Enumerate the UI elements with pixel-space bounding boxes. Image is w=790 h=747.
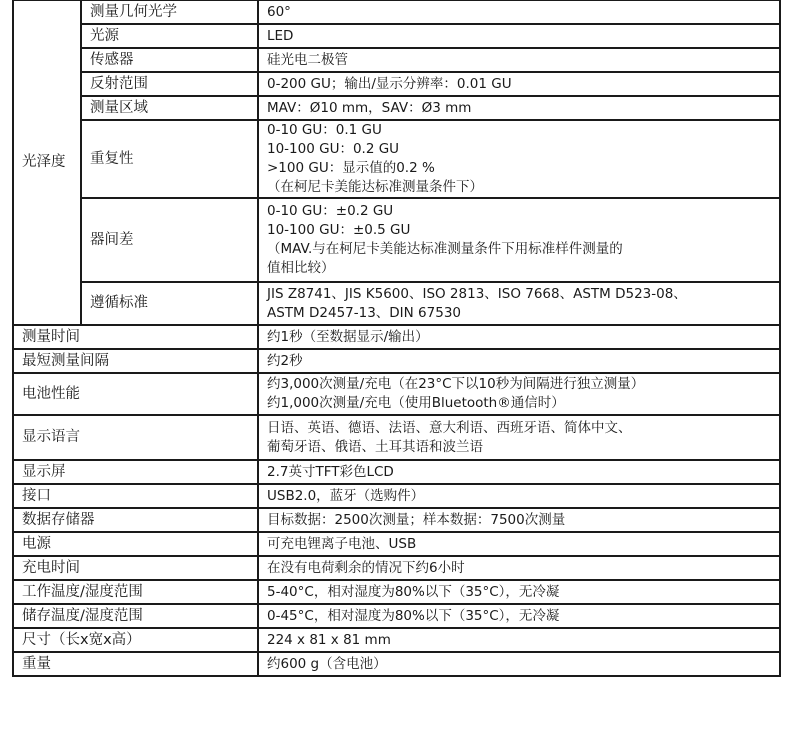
- spec-table: 光泽度测量几何光学60°光源LED传感器硅光电二极管反射范围0-200 GU；输…: [12, 0, 781, 677]
- spec-value: 224 x 81 x 81 mm: [258, 628, 780, 652]
- spec-value-line: 日语、英语、德语、法语、意大利语、西班牙语、简体中文、: [267, 419, 779, 438]
- spec-value-line: ASTM D2457-13、DIN 67530: [267, 304, 779, 323]
- spec-label: 反射范围: [81, 72, 258, 96]
- spec-value-line: 约3,000次测量/充电（在23°C下以10秒为间隔进行独立测量）: [267, 375, 779, 394]
- spec-label: 传感器: [81, 48, 258, 72]
- spec-row: 工作温度/湿度范围5-40°C，相对湿度为80%以下（35°C），无冷凝: [13, 580, 780, 604]
- spec-value-line: JIS Z8741、JIS K5600、ISO 2813、ISO 7668、AS…: [267, 285, 779, 304]
- spec-value: 0-10 GU：±0.2 GU10-100 GU：±0.5 GU（MAV.与在柯…: [258, 198, 780, 282]
- spec-value-line: 约1秒（至数据显示/输出）: [267, 328, 779, 347]
- spec-value-line: 可充电锂离子电池、USB: [267, 535, 779, 554]
- spec-value: 2.7英寸TFT彩色LCD: [258, 460, 780, 484]
- spec-label: 遵循标准: [81, 282, 258, 325]
- spec-value: 硅光电二极管: [258, 48, 780, 72]
- spec-value: 0-45°C，相对湿度为80%以下（35°C），无冷凝: [258, 604, 780, 628]
- spec-value-line: 10-100 GU：±0.5 GU: [267, 221, 779, 240]
- spec-label: 重量: [13, 652, 258, 676]
- spec-value-line: 2.7英寸TFT彩色LCD: [267, 463, 779, 482]
- spec-value-line: 约1,000次测量/充电（使用Bluetooth®通信时）: [267, 394, 779, 413]
- spec-value-line: 葡萄牙语、俄语、土耳其语和波兰语: [267, 438, 779, 457]
- spec-row: 反射范围0-200 GU；输出/显示分辨率：0.01 GU: [13, 72, 780, 96]
- spec-row: 显示屏2.7英寸TFT彩色LCD: [13, 460, 780, 484]
- spec-value: 目标数据：2500次测量；样本数据：7500次测量: [258, 508, 780, 532]
- spec-row: 测量时间约1秒（至数据显示/输出）: [13, 325, 780, 349]
- spec-row: 器间差0-10 GU：±0.2 GU10-100 GU：±0.5 GU（MAV.…: [13, 198, 780, 282]
- spec-value-line: 0-10 GU：±0.2 GU: [267, 202, 779, 221]
- spec-label: 测量几何光学: [81, 0, 258, 24]
- spec-value: 约600 g（含电池）: [258, 652, 780, 676]
- spec-row: 光泽度测量几何光学60°: [13, 0, 780, 24]
- spec-value: 60°: [258, 0, 780, 24]
- spec-label: 测量区域: [81, 96, 258, 120]
- spec-row: 显示语言日语、英语、德语、法语、意大利语、西班牙语、简体中文、葡萄牙语、俄语、土…: [13, 415, 780, 460]
- spec-value-line: 224 x 81 x 81 mm: [267, 631, 779, 650]
- spec-label: 电池性能: [13, 373, 258, 415]
- spec-label: 电源: [13, 532, 258, 556]
- spec-value-line: 0-200 GU；输出/显示分辨率：0.01 GU: [267, 75, 779, 94]
- spec-value-line: 0-10 GU：0.1 GU: [267, 121, 779, 140]
- spec-value-line: 60°: [267, 3, 779, 22]
- spec-row: 储存温度/湿度范围0-45°C，相对湿度为80%以下（35°C），无冷凝: [13, 604, 780, 628]
- spec-label: 光源: [81, 24, 258, 48]
- spec-value: 约3,000次测量/充电（在23°C下以10秒为间隔进行独立测量）约1,000次…: [258, 373, 780, 415]
- spec-value-line: USB2.0，蓝牙（选购件）: [267, 487, 779, 506]
- spec-value-line: 值相比较）: [267, 259, 779, 278]
- spec-row: 充电时间在没有电荷剩余的情况下约6小时: [13, 556, 780, 580]
- spec-value: 0-200 GU；输出/显示分辨率：0.01 GU: [258, 72, 780, 96]
- spec-value-line: 硅光电二极管: [267, 51, 779, 70]
- spec-label: 最短测量间隔: [13, 349, 258, 373]
- spec-label: 工作温度/湿度范围: [13, 580, 258, 604]
- spec-value: 5-40°C，相对湿度为80%以下（35°C），无冷凝: [258, 580, 780, 604]
- spec-value: 在没有电荷剩余的情况下约6小时: [258, 556, 780, 580]
- spec-row: 光源LED: [13, 24, 780, 48]
- spec-label: 储存温度/湿度范围: [13, 604, 258, 628]
- spec-row: 传感器硅光电二极管: [13, 48, 780, 72]
- spec-value: USB2.0，蓝牙（选购件）: [258, 484, 780, 508]
- group-label-gloss: 光泽度: [13, 0, 81, 325]
- spec-label: 数据存储器: [13, 508, 258, 532]
- spec-label: 显示语言: [13, 415, 258, 460]
- spec-row: 测量区域MAV：Ø10 mm，SAV：Ø3 mm: [13, 96, 780, 120]
- spec-label: 尺寸（长x宽x高）: [13, 628, 258, 652]
- spec-row: 尺寸（长x宽x高）224 x 81 x 81 mm: [13, 628, 780, 652]
- spec-row: 电源可充电锂离子电池、USB: [13, 532, 780, 556]
- spec-value-line: 约600 g（含电池）: [267, 655, 779, 674]
- spec-table-body: 光泽度测量几何光学60°光源LED传感器硅光电二极管反射范围0-200 GU；输…: [13, 0, 780, 676]
- spec-value-line: 10-100 GU：0.2 GU: [267, 140, 779, 159]
- spec-value: 0-10 GU：0.1 GU10-100 GU：0.2 GU>100 GU：显示…: [258, 120, 780, 198]
- spec-value: LED: [258, 24, 780, 48]
- spec-value: MAV：Ø10 mm，SAV：Ø3 mm: [258, 96, 780, 120]
- spec-row: 电池性能约3,000次测量/充电（在23°C下以10秒为间隔进行独立测量）约1,…: [13, 373, 780, 415]
- spec-value: 约2秒: [258, 349, 780, 373]
- spec-label: 显示屏: [13, 460, 258, 484]
- spec-label: 测量时间: [13, 325, 258, 349]
- spec-value-line: （MAV.与在柯尼卡美能达标准测量条件下用标准样件测量的: [267, 240, 779, 259]
- spec-label: 器间差: [81, 198, 258, 282]
- spec-value: 日语、英语、德语、法语、意大利语、西班牙语、简体中文、葡萄牙语、俄语、土耳其语和…: [258, 415, 780, 460]
- spec-value-line: LED: [267, 27, 779, 46]
- spec-value-line: MAV：Ø10 mm，SAV：Ø3 mm: [267, 99, 779, 118]
- spec-value-line: 目标数据：2500次测量；样本数据：7500次测量: [267, 511, 779, 530]
- spec-value: 约1秒（至数据显示/输出）: [258, 325, 780, 349]
- spec-label: 接口: [13, 484, 258, 508]
- spec-label: 重复性: [81, 120, 258, 198]
- spec-value-line: 约2秒: [267, 352, 779, 371]
- spec-label: 充电时间: [13, 556, 258, 580]
- spec-value-line: （在柯尼卡美能达标准测量条件下）: [267, 178, 779, 197]
- spec-value-line: >100 GU：显示值的0.2 %: [267, 159, 779, 178]
- spec-value: 可充电锂离子电池、USB: [258, 532, 780, 556]
- spec-value-line: 在没有电荷剩余的情况下约6小时: [267, 559, 779, 578]
- spec-row: 数据存储器目标数据：2500次测量；样本数据：7500次测量: [13, 508, 780, 532]
- spec-value-line: 0-45°C，相对湿度为80%以下（35°C），无冷凝: [267, 607, 779, 626]
- spec-row: 重复性0-10 GU：0.1 GU10-100 GU：0.2 GU>100 GU…: [13, 120, 780, 198]
- spec-value-line: 5-40°C，相对湿度为80%以下（35°C），无冷凝: [267, 583, 779, 602]
- spec-row: 重量约600 g（含电池）: [13, 652, 780, 676]
- spec-row: 最短测量间隔约2秒: [13, 349, 780, 373]
- spec-row: 接口USB2.0，蓝牙（选购件）: [13, 484, 780, 508]
- spec-row: 遵循标准JIS Z8741、JIS K5600、ISO 2813、ISO 766…: [13, 282, 780, 325]
- spec-value: JIS Z8741、JIS K5600、ISO 2813、ISO 7668、AS…: [258, 282, 780, 325]
